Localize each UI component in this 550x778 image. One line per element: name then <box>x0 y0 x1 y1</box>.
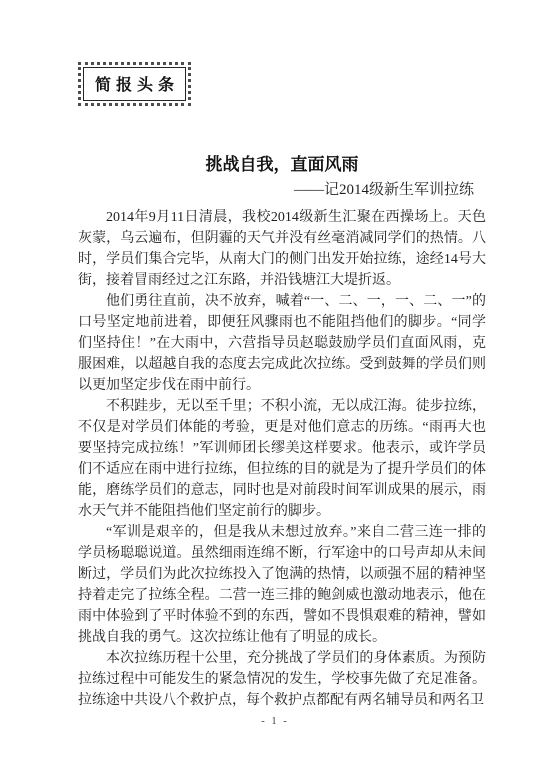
bulletin-headline-badge-frame: 简报头条 <box>83 67 186 101</box>
article-body: 2014年9月11日清晨，我校2014级新生汇聚在西操场上。天色灰蒙，乌云遍布，… <box>78 207 486 711</box>
article-paragraph-3: 不积跬步，无以至千里；不积小流，无以成江海。徒步拉练，不仅是对学员们体能的考验，… <box>78 396 486 522</box>
article-paragraph-2: 他们勇往直前，决不放弃，喊着“一、二、一，一、二、一”的口号坚定地前进着，即便狂… <box>78 291 486 396</box>
document-page: 简报头条 挑战自我，直面风雨 ——记2014级新生军训拉练 2014年9月11日… <box>0 0 550 778</box>
bulletin-headline-label: 简报头条 <box>95 77 179 94</box>
article-paragraph-5: 本次拉练历程十公里，充分挑战了学员们的身体素质。为预防拉练过程中可能发生的紧急情… <box>78 648 486 711</box>
article-paragraph-1: 2014年9月11日清晨，我校2014级新生汇聚在西操场上。天色灰蒙，乌云遍布，… <box>78 207 486 291</box>
article-subtitle: ——记2014级新生军训拉练 <box>78 180 486 201</box>
article-title: 挑战自我，直面风雨 <box>78 154 486 176</box>
page-number: - 1 - <box>0 716 550 727</box>
article-paragraph-4: “军训是艰辛的，但是我从未想过放弃。”来自二营三连一排的学员杨聪聪说道。虽然细雨… <box>78 522 486 648</box>
bulletin-headline-badge: 简报头条 <box>78 62 191 106</box>
